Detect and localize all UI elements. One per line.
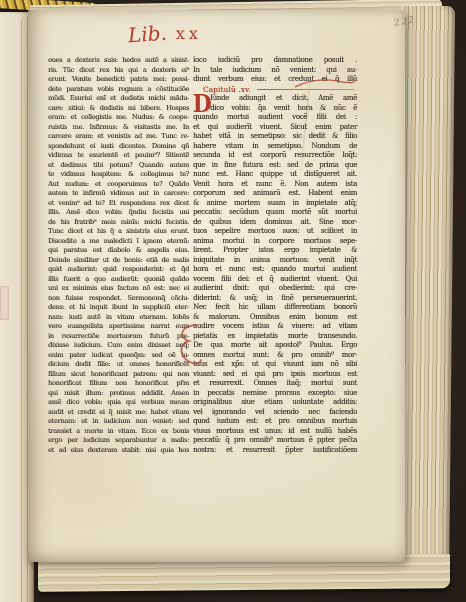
text-line: spondebunt ei iusti dicentes. Domine qñ (48, 142, 189, 152)
text-line: peccatũ: q̃ pro omnib⁹ mortuus ẽ ppter p… (193, 436, 357, 446)
text-line: dicium dedit filio: ut omnes honorificẽt (48, 360, 189, 370)
text-line: hora et nunc est: quando mortui audient (193, 265, 357, 275)
text-line: Nec fecit hic ullam differentiam bonorũ (193, 303, 357, 313)
book-heading-numeral: xx (176, 24, 202, 43)
text-line: diderint: & usq̃; in finẽ perseuerauerin… (193, 294, 357, 304)
text-line: lirent. Propter istos ergo impietate & (193, 246, 357, 256)
gutter-fold-line (21, 20, 22, 602)
text-line: vidimus te esurientẽ et pauim⁹? Sitientẽ (48, 151, 189, 161)
text-line: habere vitam in semetipso. Nondum de (193, 142, 357, 152)
text-line: et qui audierĩt viuent. Sicut enim pater (193, 123, 357, 133)
text-line: Aut nudum: et cooperuimus te? Quãdo (48, 180, 189, 190)
text-line: et ad eius dexteram stabit: nisi quia ho… (48, 446, 189, 456)
text-line: filium sicut honorificant patrem: qui no… (48, 370, 189, 380)
text-line: te vidimus hospitem: & collegimus te? (48, 170, 189, 180)
text-line: dete paratum vobis regnum a cõstituciõe (48, 85, 189, 95)
text-line: quando mortui audient vocẽ filii dei : (193, 113, 357, 123)
text-line: de his fratrib⁹ meis minĩs: michi fecist… (48, 218, 189, 228)
text-line: corporum sed animarũ est. Habent enim (193, 189, 357, 199)
text-line: audierint dixit: qui obedierint: qui cre… (193, 284, 357, 294)
paragraph-flourish-icon (174, 322, 204, 372)
text-line: in resurrectiõe mortuorum futurũ pre- (48, 332, 189, 342)
text-line: care: sitiui: & dedistis mi bibere. Hosp… (48, 104, 189, 114)
text-line: uni ex minimis eius factum nõ est: nec e… (48, 284, 189, 294)
text-line: honorificat filium non honorificat pr̃m (48, 379, 189, 389)
text-line: in peccatis nemine prorsus excepto: siue (193, 389, 357, 399)
red-pen-swash-icon (293, 75, 355, 91)
book-heading-lib: Lib. (127, 21, 167, 48)
text-line: loco iudiciũ pro damnatione posuit . (193, 56, 357, 66)
text-column-right: loco iudiciũ pro damnatione posuit .In t… (193, 56, 357, 455)
book-heading: Lib.xx (128, 22, 202, 46)
text-line: dico vobis: q̃a venit hora & nũc ẽ (210, 104, 357, 114)
text-line: illis fuerit a quo audierũt: quoniã quãd… (48, 275, 189, 285)
text-line: Tunc dicet et his q̃ a sinistris eius er… (48, 227, 189, 237)
text-line: eram: et collegistis me. Nudus: & coope- (48, 113, 189, 123)
text-line: & malorum. Omnibus enim bonum est (193, 313, 357, 323)
text-line: ruistis me. Infirmus: & visitastis me. I… (48, 123, 189, 133)
text-line: viuus mortuus est unus: id est nullũ hab… (193, 427, 357, 437)
text-line: viuant: sed ei qui pro ipsis mortuus est (193, 370, 357, 380)
text-line: anima mortui in corpore mortuos sepe- (193, 237, 357, 247)
text-line: qui paratus est diabolo & angelis eius. (48, 246, 189, 256)
text-line: ergo per iudicium separabuntur a malis: (48, 436, 189, 446)
text-line: secunda id est corporũ resurrectiõe loq̃… (193, 151, 357, 161)
drop-cap-initial: D (193, 93, 209, 114)
text-line: Venit hora et nunc ẽ. Non autem ista (193, 180, 357, 190)
text-line: vero euangelista apertissime narrat eum (48, 322, 189, 332)
text-line: vel ignorando vel sciendo nec faciendo (193, 408, 357, 418)
text-line: dens: et hi inquit ibunt in suppliciũ et… (48, 303, 189, 313)
text-line: mũdi. Esuriui enĩ et dedistis michi mãdu… (48, 94, 189, 104)
text-line: originalibus siue etiam uoluntate additi… (193, 398, 357, 408)
text-line: carcere eram: et venistis ad me. Tunc re… (48, 132, 189, 142)
text-column-left: oues a dexteris suis: hedos autẽ a sinis… (48, 56, 189, 455)
text-line: nostra: et resurrexit p̃pter iustificati… (193, 446, 357, 456)
text-line: tuus est xp̃s: ut qui viuunt iam nõ sibi (193, 360, 357, 370)
text-line: qui misit illum: protinus addidit. Amen (48, 389, 189, 399)
text-line: & anime mortem suam in impietate atq̃; (193, 199, 357, 209)
text-line: eternam: et in iudicium non veniet: sed (48, 417, 189, 427)
text-line: pietatis ex impietatis morte transeundo. (193, 332, 357, 342)
text-line: dixisse iudicium. Cum enim dixisset neq̃… (48, 341, 189, 351)
book-photo: Lib.xx oues a dexteris suis: hedos autẽ … (0, 0, 466, 602)
text-line: nunc est. Hanc quippe ut distĩgueret ait… (193, 170, 357, 180)
text-line: iniquitate in anima mortuos: venit inq̃t (193, 256, 357, 266)
text-line: ris. Tũc dicet rex his qui a dexteris ei… (48, 66, 189, 76)
index-tab (0, 286, 9, 320)
text-line: vocem filii dei: et q̃ audierint viuent.… (193, 275, 357, 285)
text-line: De qua morte ait apostol⁹ Paulus. Ergo (193, 341, 357, 351)
text-line: de quibus idem dominus ait. Sine mor- (193, 218, 357, 228)
text-line: enim pater iudicat quenq̃m: sed oẽ iu- (48, 351, 189, 361)
text-line: et resurrexit. Omnes itaq̃; mortui sunt (193, 379, 357, 389)
text-line: Discedite a me maledicti ĩ ignem eternũ: (48, 237, 189, 247)
text-line: peccatis: secũdum quam mortẽ sũt mortui (193, 208, 357, 218)
text-line: amẽ dico vobis: quia qui verbum meum (48, 398, 189, 408)
text-line: In tale iudicium nõ venient: qui au- (193, 66, 357, 76)
text-line: quid audierint: quid responderint: et q̃… (48, 265, 189, 275)
text-line: omnes mortui sunt: & pro omnib⁹ mor- (193, 351, 357, 361)
text-line: illis. Amẽ dico vobis: q̃ndiu fecistis u… (48, 208, 189, 218)
text-line: autem te infirmũ vidimus aut in carcere: (48, 189, 189, 199)
text-line: quod iustum est: et pro omnibus mortuis (193, 417, 357, 427)
page-leaf: Lib.xx oues a dexteris suis: hedos autẽ … (28, 10, 405, 562)
text-line: nam: iusti autẽ in vitam eternam. Iohẽs (48, 313, 189, 323)
text-line: et dedimus tibi potum? Quando autem (48, 161, 189, 171)
text-line: tuos sepelire mortuos suos: ut scilicet … (193, 227, 357, 237)
right-column-lower-lines: Einde adiungit et dicit. Amẽ amẽdico vob… (193, 94, 357, 455)
text-line: audit et credit ei q̃ misit me: habet vi… (48, 408, 189, 418)
text-line: Einde adiungit et dicit. Amẽ amẽ (210, 94, 357, 104)
text-line: habet vitã in semetipso: sic dedit & fil… (193, 132, 357, 142)
text-line: non fuisse respondet. Sermonemq̃ cõclu- (48, 294, 189, 304)
text-line: et venim⁹ ad te? Et respondens rex dicet (48, 199, 189, 209)
text-line: audire vocem istius & viuere: ad vitam (193, 322, 357, 332)
text-line: que in fine futura est: sed de prima que (193, 161, 357, 171)
text-line: erunt. Venite benedicti patris mei: poss… (48, 75, 189, 85)
text-line: Deinde similiter ut de bonis: etiã de ma… (48, 256, 189, 266)
text-line: transiet a morte in vitam. Ecce ex bonis (48, 427, 189, 437)
text-line: oues a dexteris suis: hedos autẽ a sinis… (48, 56, 189, 66)
